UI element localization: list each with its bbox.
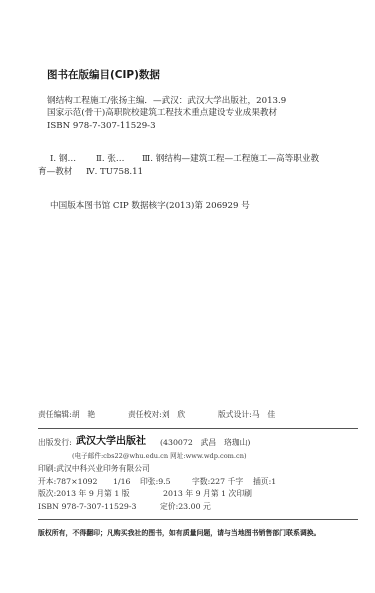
credit-proofreader: 责任校对:刘 欣	[128, 411, 185, 419]
cip-library-check: 中国版本图书馆 CIP 数据核字(2013)第 206929 号	[50, 202, 250, 211]
cip-subject-4: Ⅳ. TU758.11	[86, 168, 143, 177]
divider-bottom	[38, 519, 358, 520]
cip-subject-1: Ⅰ. 钢…	[50, 155, 76, 164]
cip-subject-3: Ⅲ. 钢结构—建筑工程—工程施工—高等职业教	[142, 155, 319, 164]
cip-series-line: 国家示范(骨干)高职院校建筑工程技术重点建设专业成果教材	[47, 109, 277, 118]
publisher-address: (430072 武昌 珞珈山)	[160, 439, 250, 447]
credit-editor: 责任编辑:胡 艳	[38, 411, 95, 419]
edition: 版次:2013 年 9 月第 1 版	[38, 490, 130, 498]
cip-heading: 图书在版编目(CIP)数据	[47, 70, 160, 81]
word-count: 字数:227 千字	[192, 478, 243, 486]
format: 开本:787×1092	[38, 478, 97, 486]
fraction: 1/16	[113, 478, 131, 486]
copyright-notice: 版权所有，不得翻印；凡购买我社的图书，如有质量问题，请与当地图书销售部门联系调换…	[38, 530, 321, 537]
divider-top	[38, 428, 358, 429]
cip-subject-3-continued: 育—教材	[38, 168, 72, 177]
publisher-label: 出版发行:	[38, 439, 72, 447]
cip-title-line: 钢结构工程施工/张扬主编．—武汉：武汉大学出版社，2013.9	[47, 97, 286, 106]
cip-isbn: ISBN 978-7-307-11529-3	[47, 122, 156, 131]
credit-designer: 版式设计:马 佳	[218, 411, 275, 419]
cip-subject-2: Ⅱ. 张…	[96, 155, 125, 164]
printing: 2013 年 9 月第 1 次印刷	[163, 490, 252, 498]
printer: 印刷:武汉中科兴业印务有限公司	[38, 465, 150, 473]
publication-isbn: ISBN 978-7-307-11529-3	[38, 503, 136, 511]
publisher-name: 武汉大学出版社	[76, 437, 146, 447]
price: 定价:23.00 元	[160, 503, 211, 511]
publisher-contact: (电子邮件:cbs22@whu.edu.cn 网址:www.wdp.com.cn…	[72, 453, 247, 460]
printed-sheets: 印张:9.5	[140, 478, 171, 486]
inserts: 插页:1	[253, 478, 276, 486]
